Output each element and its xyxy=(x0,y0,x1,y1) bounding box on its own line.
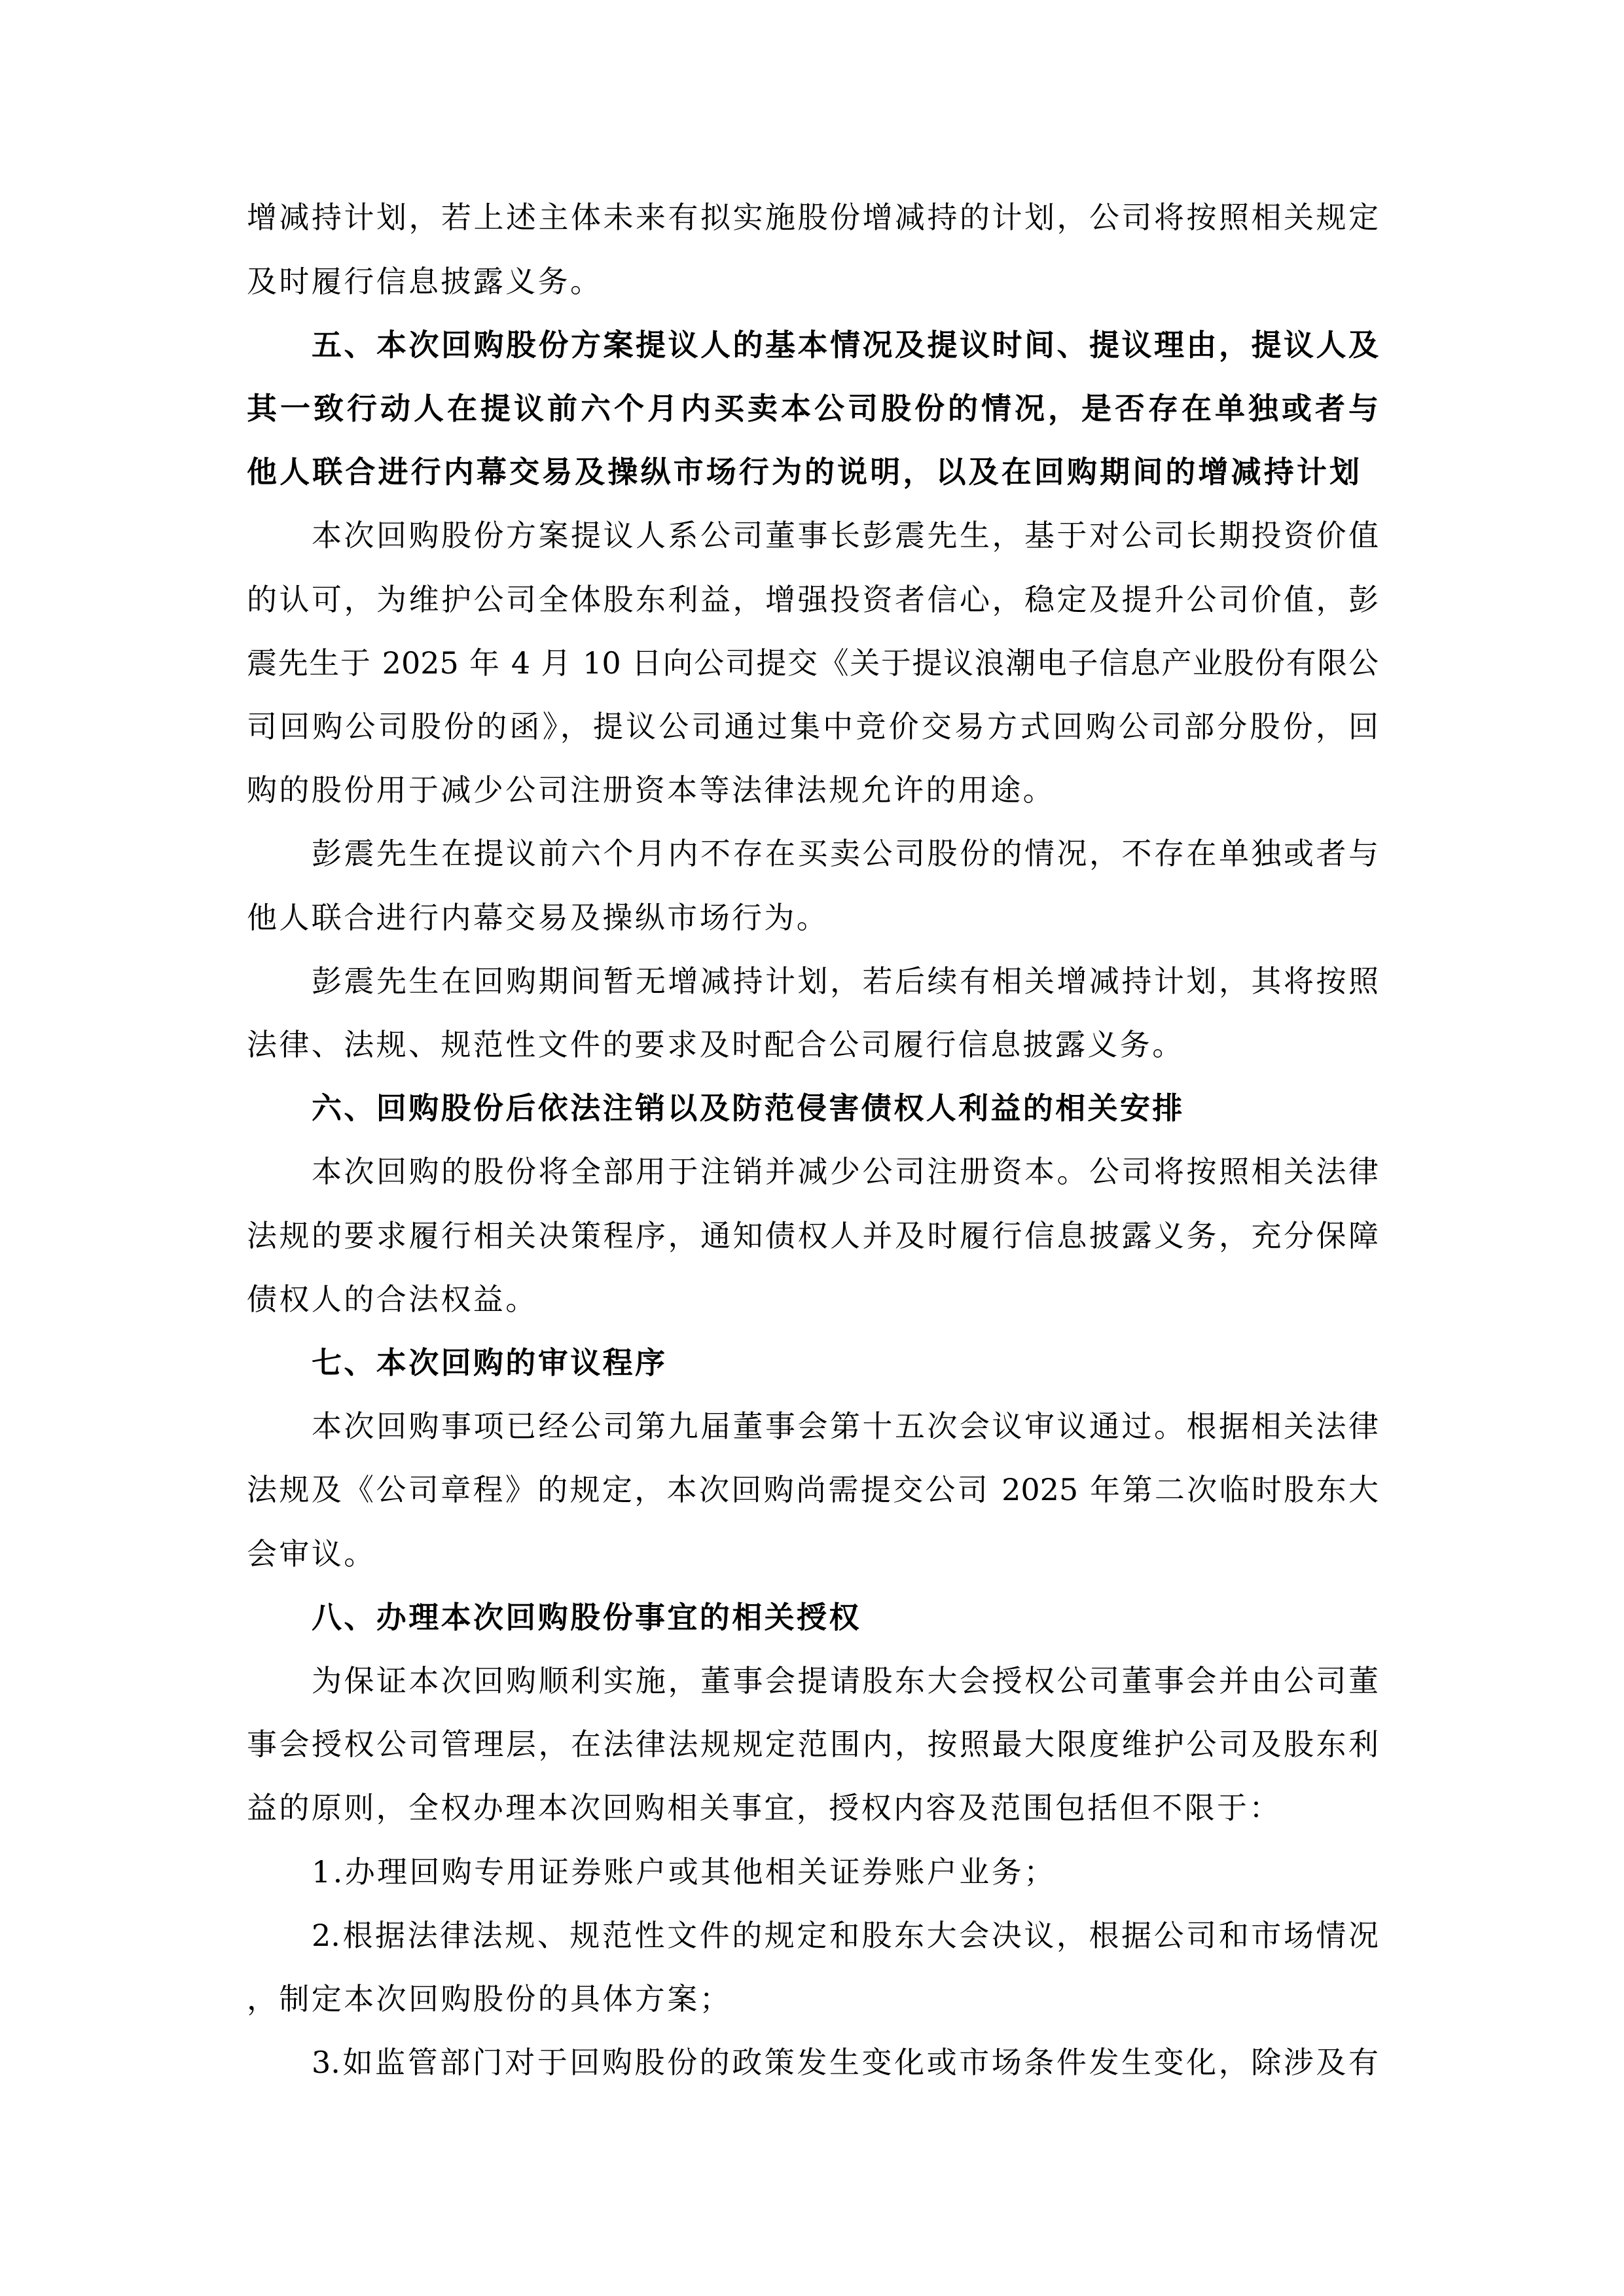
section-5-heading-line-3: 他人联合进行内幕交易及操纵市场行为的说明，以及在回购期间的增减持计划 xyxy=(247,440,1360,504)
section-6-para-line-1: 本次回购的股份将全部用于注销并减少公司注册资本。公司将按照相关法律 xyxy=(247,1140,1379,1204)
continuation-line-2: 及时履行信息披露义务。 xyxy=(247,250,1379,314)
section-8-para-line-1: 为保证本次回购顺利实施，董事会提请股东大会授权公司董事会并由公司董 xyxy=(247,1649,1379,1713)
section-5-para-3-line-2: 法律、法规、规范性文件的要求及时配合公司履行信息披露义务。 xyxy=(247,1013,1379,1077)
section-6-heading: 六、回购股份后依法注销以及防范侵害债权人利益的相关安排 xyxy=(247,1077,1379,1140)
continuation-line-1: 增减持计划，若上述主体未来有拟实施股份增减持的计划，公司将按照相关规定 xyxy=(247,186,1379,249)
list-item-3-line-1: 3.如监管部门对于回购股份的政策发生变化或市场条件发生变化，除涉及有 xyxy=(247,2031,1379,2094)
section-5-para-2-line-2: 他人联合进行内幕交易及操纵市场行为。 xyxy=(247,886,1379,950)
list-item-2-line-1: 2.根据法律法规、规范性文件的规定和股东大会决议，根据公司和市场情况 xyxy=(247,1904,1379,1967)
section-5-para-3-line-1: 彭震先生在回购期间暂无增减持计划，若后续有相关增减持计划，其将按照 xyxy=(247,950,1379,1013)
section-5-para-1-line-4: 司回购公司股份的函》，提议公司通过集中竞价交易方式回购公司部分股份，回 xyxy=(247,695,1379,759)
section-5-heading-line-1: 五、本次回购股份方案提议人的基本情况及提议时间、提议理由，提议人及 xyxy=(247,314,1379,377)
section-8-para-line-3: 益的原则，全权办理本次回购相关事宜，授权内容及范围包括但不限于： xyxy=(247,1776,1379,1840)
section-7-heading: 七、本次回购的审议程序 xyxy=(247,1331,1379,1395)
section-8-heading: 八、办理本次回购股份事宜的相关授权 xyxy=(247,1586,1379,1649)
section-5-para-2-line-1: 彭震先生在提议前六个月内不存在买卖公司股份的情况，不存在单独或者与 xyxy=(247,822,1379,886)
section-5-heading-line-2: 其一致行动人在提议前六个月内买卖本公司股份的情况，是否存在单独或者与 xyxy=(247,377,1379,440)
section-5-para-1-line-1: 本次回购股份方案提议人系公司董事长彭震先生，基于对公司长期投资价值 xyxy=(247,504,1379,567)
list-item-2-line-2: ，制定本次回购股份的具体方案； xyxy=(247,1967,1379,2031)
section-7-para-line-1: 本次回购事项已经公司第九届董事会第十五次会议审议通过。根据相关法律 xyxy=(247,1395,1379,1458)
list-item-1: 1.办理回购专用证券账户或其他相关证券账户业务； xyxy=(247,1840,1379,1904)
section-7-para-line-2: 法规及《公司章程》的规定，本次回购尚需提交公司 2025 年第二次临时股东大 xyxy=(247,1458,1379,1522)
section-5-para-1-line-2: 的认可，为维护公司全体股东利益，增强投资者信心，稳定及提升公司价值，彭 xyxy=(247,568,1379,632)
section-5-para-1-line-5: 购的股份用于减少公司注册资本等法律法规允许的用途。 xyxy=(247,759,1379,822)
section-5-para-1-line-3: 震先生于 2025 年 4 月 10 日向公司提交《关于提议浪潮电子信息产业股份… xyxy=(247,632,1379,695)
section-6-para-line-2: 法规的要求履行相关决策程序，通知债权人并及时履行信息披露义务，充分保障 xyxy=(247,1204,1379,1268)
document-page: 增减持计划，若上述主体未来有拟实施股份增减持的计划，公司将按照相关规定 及时履行… xyxy=(0,0,1624,2296)
section-8-para-line-2: 事会授权公司管理层，在法律法规规定范围内，按照最大限度维护公司及股东利 xyxy=(247,1713,1379,1776)
section-7-para-line-3: 会审议。 xyxy=(247,1522,1379,1586)
section-6-para-line-3: 债权人的合法权益。 xyxy=(247,1268,1379,1331)
